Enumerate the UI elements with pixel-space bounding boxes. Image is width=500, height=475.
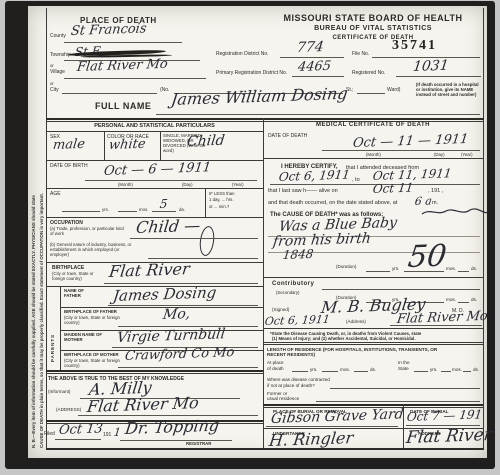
row-line (263, 342, 483, 343)
mother-birthplace-label: BIRTHPLACE OF MOTHER (64, 352, 119, 357)
parents-cell-divider (60, 286, 61, 371)
dod-label: DATE OF DEATH (268, 133, 307, 139)
race-value: white (108, 137, 146, 153)
informant-label: (Informant) (48, 389, 70, 395)
res-line (463, 371, 471, 372)
mos-label: mos. (446, 297, 456, 303)
if-less-label: IF LESS than (209, 191, 235, 196)
section-divider (46, 118, 484, 120)
last-saw-label: that I last saw h—— alive on (268, 188, 338, 195)
row-line (46, 188, 263, 189)
illegible-scrawl (420, 206, 490, 218)
hospital-note: (If death occurred in a hospital or inst… (416, 82, 484, 97)
age-yrs-line (62, 211, 100, 212)
informant-address-value: Flat River Mo (86, 393, 200, 416)
duration-handwritten-value: 50 (406, 238, 448, 275)
dob-label: DATE OF BIRTH (50, 163, 88, 169)
certificate-title: CERTIFICATE OF DEATH (263, 35, 483, 41)
burial-place-line (266, 426, 398, 427)
year-label: (Year) (232, 182, 244, 187)
undertaker-signature: H. Ringler (268, 428, 354, 450)
mos-label: mos. (340, 367, 350, 373)
ward-line (357, 93, 385, 94)
ds-label: ds. (473, 367, 479, 373)
filed-year-printed: 191 (103, 432, 111, 438)
father-birthplace-label: BIRTHPLACE OF FATHER (64, 309, 117, 314)
filed-date-value: Oct 13 (58, 421, 104, 438)
burial-date-value: Oct 7 — 191 (406, 407, 483, 424)
contracted-label: if not at place of death? (267, 383, 315, 389)
file-no-label: File No. (352, 51, 369, 57)
county-line (64, 42, 182, 43)
yrs-label: yrs. (102, 207, 109, 212)
primary-registration-line (292, 76, 344, 77)
row-line (46, 160, 263, 161)
primary-registration-label: Primary Registration District No. (216, 70, 287, 76)
residence-title-2: RECENT RESIDENTS) (267, 352, 315, 358)
death-certificate-scan: N. B.—Every item of information should b… (0, 0, 500, 475)
row-line (263, 328, 483, 329)
if-less-label: or ... min.? (209, 204, 229, 209)
at-place-label: At place (267, 360, 284, 366)
registered-no-line (396, 76, 481, 77)
last-saw-date: Oct 11 (372, 181, 414, 196)
attended-from-date: Oct 6, 1911 (278, 167, 351, 184)
county-value: St Francois (70, 21, 147, 39)
mos-label: mos. (446, 266, 456, 272)
signature-date: Oct 6, 1911 (264, 313, 331, 328)
duration-ds-line (458, 271, 469, 272)
full-name-label: FULL NAME (95, 101, 151, 111)
row-line (263, 158, 483, 159)
father-birthplace-sublabel: (City or town, State or foreign country) (64, 315, 122, 325)
dob-line (85, 180, 257, 181)
day-label: (Day) (182, 182, 193, 187)
village-line (64, 78, 206, 79)
cause-line-3: 1848 (282, 247, 314, 262)
cell-divider (104, 131, 105, 160)
month-label: (Month) (366, 152, 381, 157)
ward-label: Ward) (387, 87, 400, 93)
duration-ds-line (458, 302, 469, 303)
file-no-value: 35741 (392, 38, 437, 54)
registered-no-label: Registered No. (352, 70, 385, 76)
marital-value: Child (186, 133, 226, 150)
registrar-line (120, 440, 232, 441)
parents-label: PARENTS (50, 300, 55, 362)
informant-address-label: (ADDRESS) (56, 407, 81, 413)
ds-label: ds. (471, 297, 477, 303)
death-occurred-label: and that death occurred, on the date sta… (268, 200, 397, 207)
duration-label: (Duration) (336, 264, 356, 270)
birthplace-sublabel: (City or town, State or foreign country) (52, 271, 106, 281)
form-left-border (46, 8, 47, 448)
at-place-label: of death (267, 366, 284, 372)
registered-no-value: 1031 (412, 58, 450, 75)
res-line (292, 371, 308, 372)
margin-note: N. B.—Every item of information should b… (31, 12, 36, 448)
age-mos-line (118, 211, 137, 212)
physician-address-line (390, 325, 482, 326)
ds-label: ds. (471, 266, 477, 272)
cell-divider (160, 131, 161, 160)
res-line (441, 371, 451, 372)
registration-district-value: 774 (296, 39, 325, 56)
registration-district-label: Registration District No. (216, 51, 269, 57)
row-line (46, 131, 263, 132)
margin-note: CAUSE OF DEATH in plain terms, so that i… (39, 12, 44, 448)
if-less-label: 1 day, ... hrs. (209, 197, 234, 202)
mother-birthplace-sublabel: (City or town, State or foreign country) (64, 358, 122, 368)
occupation-a-value: Child — (135, 216, 201, 237)
form-right-border (483, 8, 484, 448)
village-value: Flat River Mo (76, 57, 169, 75)
occupation-b-line (148, 258, 258, 259)
contracted-line (330, 388, 480, 389)
day-label: (Day) (434, 152, 445, 157)
or-label: or (50, 63, 54, 68)
medical-section-title: MEDICAL CERTIFICATE OF DEATH (263, 122, 483, 128)
father-name-value: James Dosing (112, 283, 218, 305)
occupation-a-label: (a) Trade, profession, or particular kin… (50, 226, 128, 236)
mother-birthplace-line (118, 367, 258, 368)
sex-value: male (52, 137, 86, 153)
cell-divider (205, 188, 206, 217)
filed-label: Filed (44, 431, 55, 437)
yrs-label: yrs. (430, 367, 437, 373)
row-line (46, 373, 263, 374)
row-line (60, 307, 263, 308)
registration-district-line (280, 57, 344, 58)
footnote-line-2: (1) Means of Injury; and (2) whether Acc… (272, 336, 416, 341)
res-line (322, 371, 338, 372)
filed-date-line (55, 439, 101, 440)
res-line (354, 371, 368, 372)
birthplace-value: Flat River (108, 259, 191, 281)
board-title: MISSOURI STATE BOARD OF HEALTH (263, 13, 483, 23)
mother-name-label: MAIDEN NAME OF MOTHER (64, 332, 106, 342)
row-line (46, 370, 263, 372)
year-label: (Year) (461, 152, 473, 157)
month-label: (Month) (118, 182, 133, 187)
bureau-subtitle: BUREAU OF VITAL STATISTICS (263, 25, 483, 32)
physician-address-label: (Address) (346, 319, 366, 325)
contracted-label: Where was disease contracted (267, 377, 330, 383)
da-label: da. (179, 207, 185, 212)
undertaker-address-value: Flat River (405, 425, 493, 448)
to-label: , to (352, 177, 360, 184)
city-label: City (50, 87, 59, 93)
personal-section-title: PERSONAL AND STATISTICAL PARTICULARS (46, 123, 263, 130)
secondary-label: (Secondary) (276, 290, 299, 295)
res-line (414, 371, 428, 372)
in-state-label: In the (398, 360, 410, 366)
city-line (62, 93, 157, 94)
form-bottom-border (46, 448, 484, 450)
mos-label: mos. (139, 207, 148, 212)
former-residence-line (316, 401, 480, 402)
or-label: or (50, 81, 54, 86)
mos-label: mos. (452, 367, 462, 373)
row-line (263, 344, 483, 345)
column-divider (263, 118, 264, 448)
father-name-label: NAME OF FATHER (64, 288, 96, 298)
occupation-b-label: (b) General nature of industry, business… (50, 242, 138, 257)
age-da-line (152, 211, 176, 212)
village-label: Village (50, 69, 65, 75)
full-name-line (156, 114, 480, 115)
signed-label: (Signed) (272, 307, 289, 313)
father-birthplace-value: Mo, (162, 306, 191, 323)
county-label: County (50, 33, 66, 39)
yrs-label: yrs. (392, 266, 399, 272)
former-residence-label: usual residence (267, 396, 299, 402)
row-line (263, 404, 483, 406)
yrs-label: yrs. (310, 367, 317, 373)
registrar-signature: Dr. Topping (124, 416, 220, 438)
street-no-label: (No. (160, 87, 169, 93)
contributory-line (322, 289, 480, 290)
registrar-label: REGISTRAR (186, 441, 211, 446)
dod-line (322, 150, 480, 151)
occupation-a-line (130, 238, 258, 239)
ds-label: ds. (370, 367, 376, 373)
age-label: AGE (50, 191, 61, 197)
primary-registration-value: 4465 (297, 59, 332, 75)
in-state-label: State (398, 366, 409, 372)
informant-address-line (78, 415, 258, 416)
duration-yrs-line (366, 271, 390, 272)
contributory-label: Contributory (272, 281, 314, 287)
row-line (263, 277, 483, 278)
